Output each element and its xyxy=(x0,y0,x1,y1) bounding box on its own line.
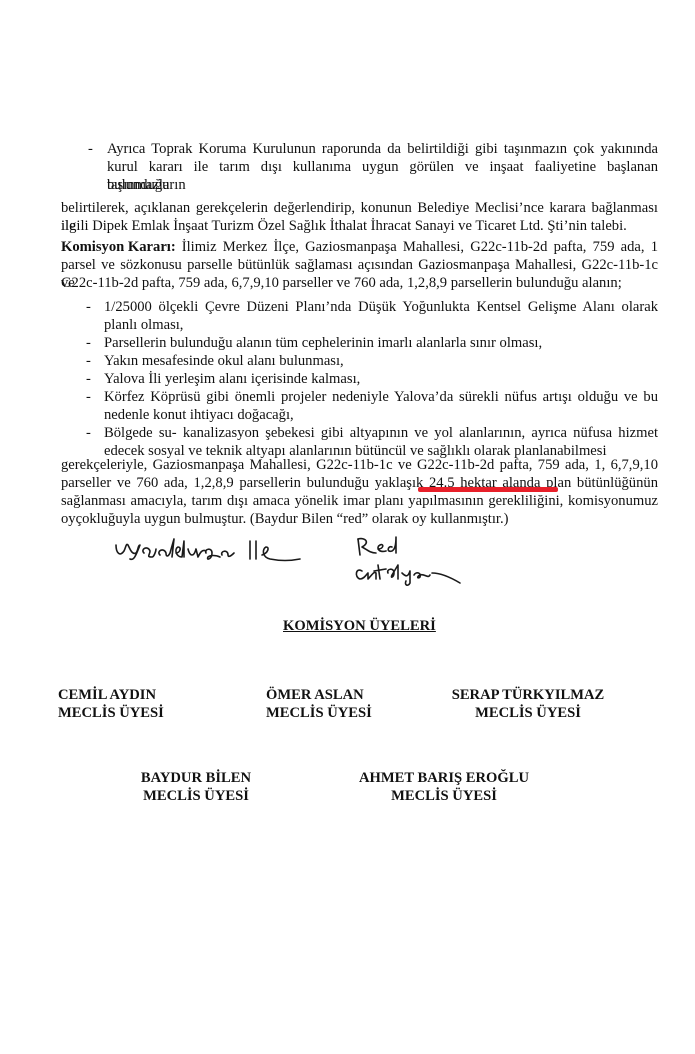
bullet-marker: - xyxy=(86,334,91,352)
bullet-marker: - xyxy=(86,424,91,442)
conclusion-line-4: oyçokluğuyla uygun bulmuştur. (Baydur Bi… xyxy=(61,510,508,528)
member-name: AHMET BARIŞ EROĞLU xyxy=(359,769,529,787)
bullet-marker: - xyxy=(86,388,91,406)
intro-bullet-line-3: bulunduğu xyxy=(107,176,169,194)
member-role: MECLİS ÜYESİ xyxy=(266,704,372,722)
reason-3: Yakın mesafesinde okul alanı bulunması, xyxy=(104,352,344,370)
member-serap-turkyilmaz: SERAP TÜRKYILMAZ MECLİS ÜYESİ xyxy=(448,686,608,722)
member-role: MECLİS ÜYESİ xyxy=(138,787,254,805)
member-role: MECLİS ÜYESİ xyxy=(58,704,164,722)
reason-4: Yalova İli yerleşim alanı içerisinde kal… xyxy=(104,370,360,388)
intro-bullet-line-1: Ayrıca Toprak Koruma Kurulunun raporunda… xyxy=(107,140,658,158)
reason-1-line-1: 1/25000 ölçekli Çevre Düzeni Planı’nda D… xyxy=(104,298,658,316)
member-cemil-aydin: CEMİL AYDIN MECLİS ÜYESİ xyxy=(58,686,164,722)
member-baydur-bilen: BAYDUR BİLEN MECLİS ÜYESİ xyxy=(138,769,254,805)
decision-line-3: G22c-11b-2d pafta, 759 ada, 6,7,9,10 par… xyxy=(61,274,622,292)
decision-text-1: İlimiz Merkez İlçe, Gaziosmanpaşa Mahall… xyxy=(182,238,658,256)
member-name: ÖMER ASLAN xyxy=(266,686,372,704)
committee-title: KOMİSYON ÜYELERİ xyxy=(283,617,436,635)
conclusion-line-3: sağlanması amacıyla, tarım dışı amaca yö… xyxy=(61,492,658,510)
member-role: MECLİS ÜYESİ xyxy=(359,787,529,805)
bullet-marker: - xyxy=(86,298,91,316)
member-role: MECLİS ÜYESİ xyxy=(448,704,608,722)
reason-6-line-1: Bölgede su- kanalizasyon şebekesi gibi a… xyxy=(104,424,658,442)
paragraph-line-2: ilgili Dipek Emlak İnşaat Turizm Özel Sa… xyxy=(61,217,627,235)
conclusion-line-2: parseller ve 760 ada, 1,2,8,9 parselleri… xyxy=(61,474,658,492)
intro-bullet-line-2: kurul kararı ile tarım dışı kullanıma uy… xyxy=(107,158,658,194)
handwritten-note-signature xyxy=(110,535,470,595)
bullet-marker: - xyxy=(86,370,91,388)
member-name: SERAP TÜRKYILMAZ xyxy=(448,686,608,704)
bullet-marker: - xyxy=(86,352,91,370)
reason-2: Parsellerin bulunduğu alanın tüm cephele… xyxy=(104,334,542,352)
member-ahmet-baris-eroglu: AHMET BARIŞ EROĞLU MECLİS ÜYESİ xyxy=(359,769,529,805)
reason-1-line-2: planlı olması, xyxy=(104,316,183,334)
member-omer-aslan: ÖMER ASLAN MECLİS ÜYESİ xyxy=(266,686,372,722)
reason-5-line-1: Körfez Köprüsü gibi önemli projeler nede… xyxy=(104,388,658,406)
member-name: CEMİL AYDIN xyxy=(58,686,164,704)
conclusion-line-1: gerekçeleriyle, Gaziosmanpaşa Mahallesi,… xyxy=(61,456,658,474)
bullet-marker: - xyxy=(88,140,93,158)
member-name: BAYDUR BİLEN xyxy=(138,769,254,787)
decision-label: Komisyon Kararı: xyxy=(61,238,176,256)
decision-line-1: Komisyon Kararı: İlimiz Merkez İlçe, Gaz… xyxy=(61,238,658,256)
reason-5-line-2: nedenle konut ihtiyacı doğacağı, xyxy=(104,406,294,424)
